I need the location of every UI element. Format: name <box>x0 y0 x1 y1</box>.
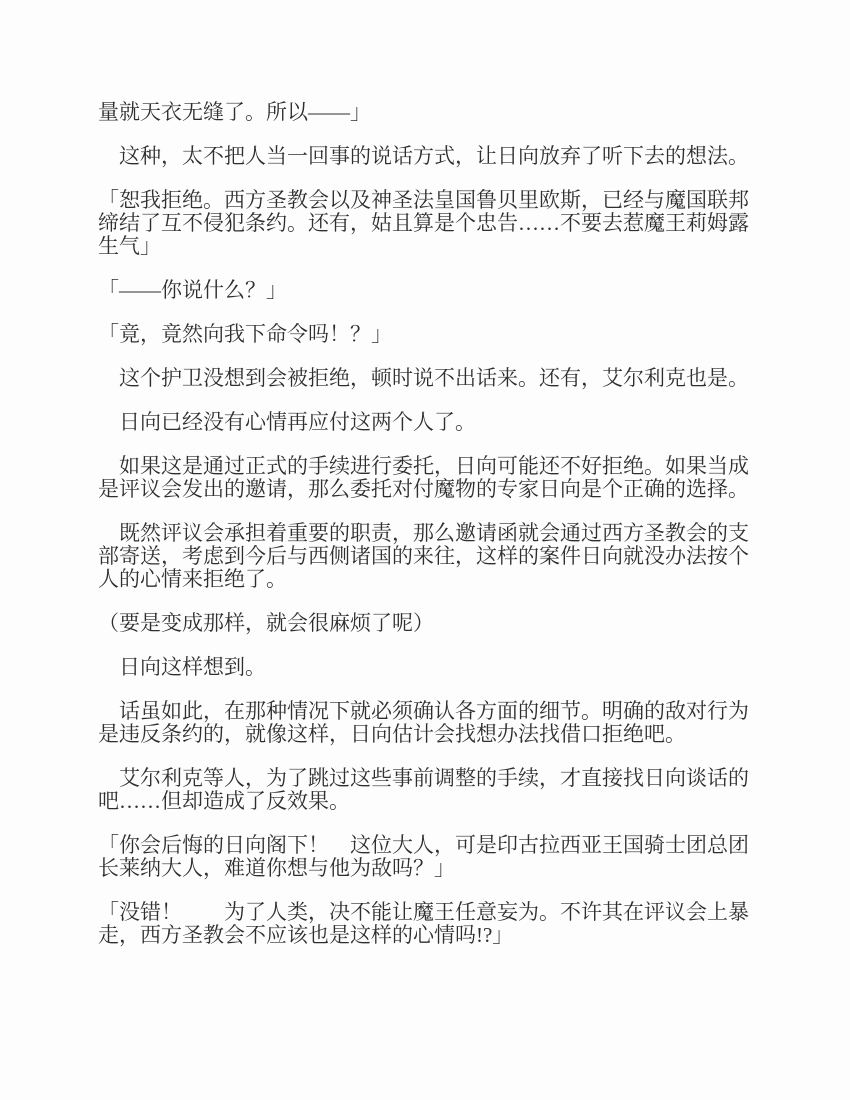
ebook-page: 量就天衣无缝了。所以——」这种，太不把人当一回事的说话方式，让日向放弃了听下去的… <box>0 0 850 1100</box>
paragraph: 量就天衣无缝了。所以——」 <box>98 101 750 124</box>
novel-text: 量就天衣无缝了。所以——」这种，太不把人当一回事的说话方式，让日向放弃了听下去的… <box>98 101 750 968</box>
paragraph: 既然评议会承担着重要的职责，那么邀请函就会通过西方圣教会的支部寄送，考虑到今后与… <box>98 522 750 591</box>
paragraph: 「恕我拒绝。西方圣教会以及神圣法皇国鲁贝里欧斯，已经与魔国联邦缔结了互不侵犯条约… <box>98 189 750 258</box>
paragraph: 日向这样想到。 <box>98 656 750 679</box>
paragraph: 「竟，竟然向我下命令吗！？」 <box>98 323 750 346</box>
paragraph: 这种，太不把人当一回事的说话方式，让日向放弃了听下去的想法。 <box>98 145 750 168</box>
paragraph: 艾尔利克等人，为了跳过这些事前调整的手续，才直接找日向谈话的吧……但却造成了反效… <box>98 767 750 813</box>
paragraph: 「——你说什么？」 <box>98 279 750 302</box>
paragraph: 话虽如此，在那种情况下就必须确认各方面的细节。明确的敌对行为是违反条约的，就像这… <box>98 700 750 746</box>
paragraph: 如果这是通过正式的手续进行委托，日向可能还不好拒绝。如果当成是评议会发出的邀请，… <box>98 455 750 501</box>
paragraph: 这个护卫没想到会被拒绝，顿时说不出话来。还有，艾尔利克也是。 <box>98 367 750 390</box>
paragraph: 日向已经没有心情再应付这两个人了。 <box>98 411 750 434</box>
paragraph: 「你会后悔的日向阁下！ 这位大人，可是印古拉西亚王国骑士团总团长莱纳大人，难道你… <box>98 834 750 880</box>
paragraph: （要是变成那样，就会很麻烦了呢） <box>98 612 750 635</box>
paragraph: 「没错！ 为了人类，决不能让魔王任意妄为。不许其在评议会上暴走，西方圣教会不应该… <box>98 901 750 947</box>
